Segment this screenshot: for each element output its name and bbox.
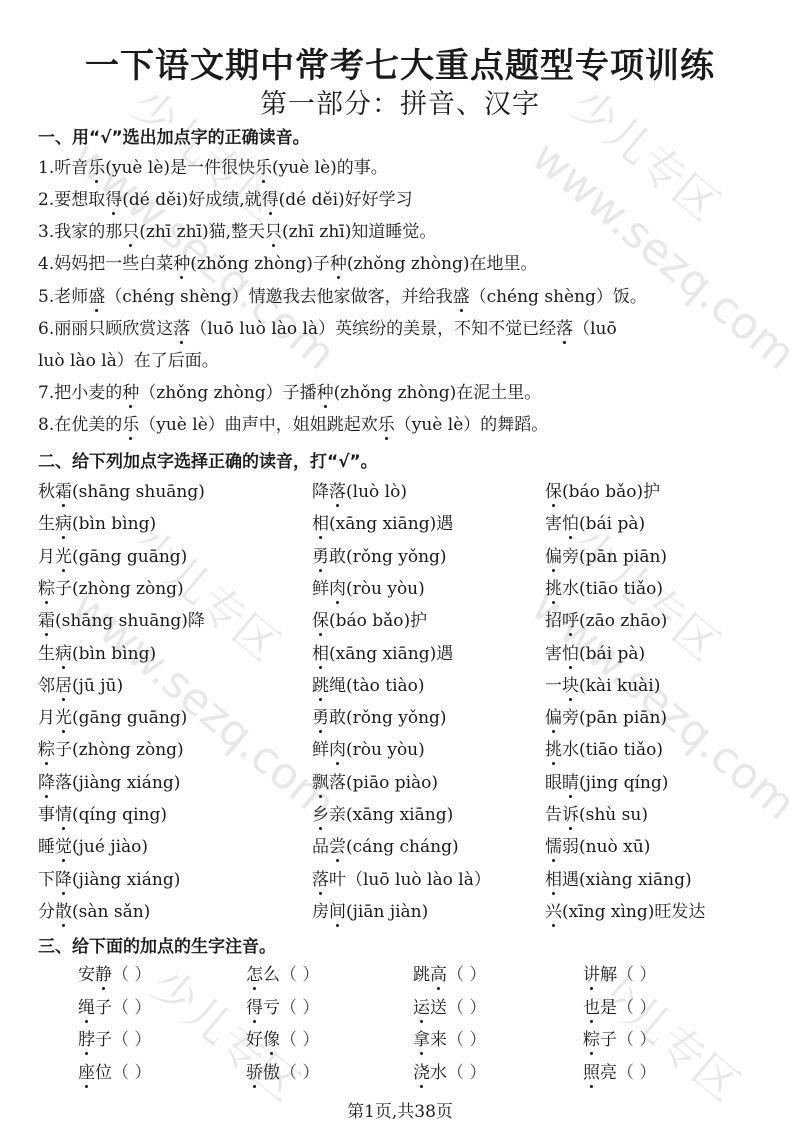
pinyin-options: (zāo zhāo) (579, 611, 667, 631)
character: 生 (38, 514, 55, 534)
character: 亏 (263, 998, 280, 1018)
pinyin-options: （luō (573, 319, 617, 339)
pinyin-answer-blank[interactable]: （ ） (280, 960, 319, 985)
word-pinyin-choice[interactable]: 相(xāng xiāng)遇 (312, 509, 453, 534)
pinyin-options: (jué jiào) (72, 837, 148, 857)
dotted-character: 怎 (246, 960, 263, 985)
word-pinyin-choice[interactable]: 懦弱(nuò xū) (545, 832, 650, 857)
dotted-character: 得 (105, 185, 122, 210)
dotted-character: 脖 (78, 1025, 95, 1050)
pinyin-options: 旁(pān piān) (562, 547, 667, 567)
character: 睡 (38, 837, 55, 857)
dotted-character: 落 (556, 314, 573, 339)
word-pinyin-choice[interactable]: 偏旁(pān piān) (545, 542, 667, 567)
pinyin-options: 水(tiāo tiǎo) (562, 579, 663, 599)
dotted-character: 肉 (329, 574, 346, 599)
question-item: 5.老师盛（chéng shèng）情邀我去他家做客，并给我盛（chéng sh… (38, 282, 647, 307)
pinyin-options: (qíng qing) (72, 805, 167, 825)
dotted-character: 保 (545, 477, 562, 502)
word-pinyin-choice[interactable]: 鲜肉(ròu yòu) (312, 735, 425, 760)
pinyin-options: (dé děi)好好学习 (279, 190, 413, 210)
annotation-item: 粽子（ ） (583, 1025, 656, 1050)
word-pinyin-choice[interactable]: 生病(bìn bìng) (38, 509, 156, 534)
pinyin-options: 落(jiàng xiáng) (55, 773, 180, 793)
dotted-character: 相 (312, 509, 329, 534)
dotted-character: 种 (122, 378, 139, 403)
pinyin-options: (ròu yòu) (346, 579, 425, 599)
dotted-character: 病 (55, 639, 72, 664)
question-item: 7.把小麦的种（zhǒng zhòng）子播种(zhǒng zhòng)在泥土里… (38, 378, 541, 403)
word-pinyin-choice[interactable]: 保(báo bǎo)护 (312, 606, 427, 631)
word-pinyin-choice[interactable]: 眼睛(jing qíng) (545, 768, 668, 793)
pinyin-options: (bìn bìng) (72, 514, 156, 534)
annotation-item: 照亮（ ） (583, 1058, 656, 1083)
pinyin-options: (bìn bìng) (72, 644, 156, 664)
word-pinyin-choice[interactable]: 害怕(bái pà) (545, 639, 645, 664)
dotted-character: 散 (55, 897, 72, 922)
character: 告 (545, 805, 562, 825)
character: 降 (312, 482, 329, 502)
pinyin-options: (shāng shuāng) (72, 482, 205, 502)
dotted-character: 跳 (312, 671, 329, 696)
word-pinyin-choice[interactable]: 挑水(tiāo tiǎo) (545, 735, 663, 760)
pinyin-answer-blank[interactable]: （ ） (617, 1058, 656, 1083)
pinyin-options: (báo bǎo)护 (329, 611, 427, 631)
pinyin-options: 旁(pān piān) (562, 708, 667, 728)
dotted-character: 挑 (545, 574, 562, 599)
character: 招 (545, 611, 562, 631)
annotation-item: 得亏（ ） (246, 993, 319, 1018)
character: 事 (38, 805, 55, 825)
pinyin-options: (zhǒng zhòng)子 (190, 254, 330, 274)
dotted-character: 种 (330, 249, 347, 274)
pinyin-answer-blank[interactable]: （ ） (112, 1025, 151, 1050)
annotation-item: 讲解（ ） (583, 960, 656, 985)
character: 安 (78, 965, 95, 985)
pinyin-answer-blank[interactable]: （ ） (280, 1025, 319, 1050)
pinyin-options: (zhǒng zhòng)在地里。 (347, 254, 538, 274)
dotted-character: 病 (55, 509, 72, 534)
dotted-character: 块 (562, 671, 579, 696)
annotation-item: 跳高（ ） (413, 960, 486, 985)
word-pinyin-choice[interactable]: 降落(jiàng xiáng) (38, 768, 180, 793)
character: 傲 (263, 1063, 280, 1083)
annotation-item: 好像（ ） (246, 1025, 319, 1050)
character: 鲜 (312, 740, 329, 760)
word-pinyin-choice[interactable]: 邻居(jū jū) (38, 671, 123, 696)
word-pinyin-choice[interactable]: 生病(bìn bìng) (38, 639, 156, 664)
pinyin-options: （yuè lè）的舞蹈。 (395, 415, 549, 435)
dotted-character: 盛 (88, 282, 105, 307)
dotted-character: 乐 (122, 410, 139, 435)
pinyin-options: 叶（luō luò lào là） (329, 870, 491, 890)
pinyin-answer-blank[interactable]: （ ） (280, 993, 319, 1018)
character: 送 (430, 998, 447, 1018)
pinyin-options: 遇(xiàng xiāng) (562, 870, 692, 890)
dotted-character: 粽 (583, 1025, 600, 1050)
question-item: 8.在优美的乐（yuè lè）曲声中，姐姐跳起欢乐（yuè lè）的舞蹈。 (38, 410, 548, 435)
character: 子 (95, 998, 112, 1018)
pinyin-options: (dé děi)好成绩,就 (122, 190, 261, 210)
dotted-character: 相 (545, 865, 562, 890)
dotted-character: 只 (122, 217, 139, 242)
pinyin-answer-blank[interactable]: （ ） (112, 1058, 151, 1083)
dotted-character: 种 (317, 378, 334, 403)
section1-heading: 一、用“√”选出加点字的正确读音。 (38, 123, 310, 148)
pinyin-options: 子(zhòng zòng) (55, 740, 184, 760)
character: 好 (246, 1030, 263, 1050)
pinyin-options: 敢(rǒng yǒng) (329, 547, 447, 567)
page-number: 第1页,共38页 (0, 1097, 800, 1122)
section2-heading: 二、给下列加点字选择正确的读音，打“√”。 (38, 447, 378, 472)
pinyin-options: (gāng guāng) (72, 708, 187, 728)
pinyin-options: (báo bǎo)护 (562, 482, 660, 502)
character: 位 (95, 1063, 112, 1083)
pinyin-options: (ròu yòu) (346, 740, 425, 760)
question-text: 5.老师 (38, 287, 88, 307)
word-pinyin-choice[interactable]: 月光(gāng guāng) (38, 703, 187, 728)
word-pinyin-choice[interactable]: 秋霜(shāng shuāng) (38, 477, 205, 502)
dotted-character: 落 (312, 865, 329, 890)
page-subtitle: 第一部分：拼音、汉字 (0, 82, 800, 121)
dotted-character: 情 (55, 800, 72, 825)
pinyin-options: 敢(rǒng yǒng) (329, 708, 447, 728)
character: 房 (312, 902, 329, 922)
pinyin-options: (jū jū) (72, 676, 123, 696)
word-pinyin-choice[interactable]: 霜(shāng shuāng)降 (38, 606, 205, 631)
dotted-character: 诉 (562, 800, 579, 825)
dotted-character: 保 (312, 606, 329, 631)
annotation-item: 浇水（ ） (413, 1058, 486, 1083)
pinyin-options: (yuè lè)的事。 (272, 158, 388, 178)
pinyin-options: (jing qíng) (579, 773, 668, 793)
word-pinyin-choice[interactable]: 告诉(shù su) (545, 800, 648, 825)
annotation-item: 也是（ ） (583, 993, 656, 1018)
dotted-character: 得 (262, 185, 279, 210)
annotation-item: 绳子（ ） (78, 993, 151, 1018)
question-text: 8.在优美的 (38, 415, 122, 435)
dotted-character: 居 (55, 671, 72, 696)
dotted-character: 尝 (329, 832, 346, 857)
character: 生 (38, 644, 55, 664)
annotation-item: 座位（ ） (78, 1058, 151, 1083)
pinyin-options: (zhī zhī)知道睡觉。 (282, 222, 436, 242)
pinyin-answer-blank[interactable]: （ ） (112, 993, 151, 1018)
character: 是 (600, 998, 617, 1018)
pinyin-options: 子(zhòng zòng) (55, 579, 184, 599)
word-pinyin-choice[interactable]: 房间(jiān jiàn) (312, 897, 428, 922)
word-pinyin-choice[interactable]: 勇敢(rǒng yǒng) (312, 542, 447, 567)
question-item: 3.我家的那只(zhī zhī)猫,整天只(zhī zhī)知道睡觉。 (38, 217, 436, 242)
pinyin-options: (shāng shuāng)降 (55, 611, 205, 631)
word-pinyin-choice[interactable]: 兴(xīng xìng)旺发达 (545, 897, 705, 922)
dotted-character: 相 (312, 639, 329, 664)
section3-heading: 三、给下面的加点的生字注音。 (38, 932, 276, 957)
question-item: luò lào là）在了后面。 (38, 346, 219, 371)
pinyin-options: 落(piāo piào) (329, 773, 438, 793)
word-pinyin-choice[interactable]: 分散(sàn sǎn) (38, 897, 150, 922)
word-pinyin-choice[interactable]: 降落(luò lò) (312, 477, 407, 502)
dotted-character: 骄 (246, 1058, 263, 1083)
word-pinyin-choice[interactable]: 挑水(tiāo tiǎo) (545, 574, 663, 599)
dotted-character: 运 (413, 993, 430, 1018)
pinyin-options: 水(tiāo tiǎo) (562, 740, 663, 760)
dotted-character: 肉 (329, 735, 346, 760)
pinyin-options: (bái pà) (579, 514, 645, 534)
question-text: luò lào là）在了后面。 (38, 351, 219, 371)
dotted-character: 觉 (55, 832, 72, 857)
pinyin-options: (yuè lè)是一件很快 (105, 158, 255, 178)
dotted-character: 懦 (545, 832, 562, 857)
dotted-character: 也 (583, 993, 600, 1018)
character: 一 (545, 676, 562, 696)
question-text: 3.我家的那 (38, 222, 122, 242)
character: 品 (312, 837, 329, 857)
word-pinyin-choice[interactable]: 偏旁(pān piān) (545, 703, 667, 728)
word-pinyin-choice[interactable]: 飘落(piāo piào) (312, 768, 438, 793)
dotted-character: 乐 (88, 153, 105, 178)
word-pinyin-choice[interactable]: 一块(kài kuài) (545, 671, 660, 696)
question-text: 1.听音 (38, 158, 88, 178)
dotted-character: 粽 (38, 574, 55, 599)
annotation-item: 运送（ ） (413, 993, 486, 1018)
pinyin-options: (jiàng xiáng) (72, 870, 180, 890)
pinyin-options: (xāng xiāng)遇 (329, 644, 453, 664)
dotted-character: 霜 (55, 477, 72, 502)
dotted-character: 落 (173, 314, 190, 339)
word-pinyin-choice[interactable]: 跳绳(tào tiào) (312, 671, 425, 696)
pinyin-options: 亲(xāng xiāng) (329, 805, 453, 825)
dotted-character: 光 (55, 703, 72, 728)
annotation-item: 脖子（ ） (78, 1025, 151, 1050)
dotted-character: 绳 (78, 993, 95, 1018)
pinyin-answer-blank[interactable]: （ ） (447, 1058, 486, 1083)
word-pinyin-choice[interactable]: 粽子(zhòng zòng) (38, 574, 184, 599)
pinyin-options: (zhǒng zhòng)在泥土里。 (334, 383, 542, 403)
word-pinyin-choice[interactable]: 下降(jiàng xiáng) (38, 865, 180, 890)
dotted-character: 讲 (583, 960, 600, 985)
word-pinyin-choice[interactable]: 保(báo bǎo)护 (545, 477, 660, 502)
word-pinyin-choice[interactable]: 月光(gāng guāng) (38, 542, 187, 567)
character: 害 (545, 644, 562, 664)
question-item: 1.听音乐(yuè lè)是一件很快乐(yuè lè)的事。 (38, 153, 388, 178)
pinyin-options: (shù su) (579, 805, 648, 825)
dotted-character: 座 (78, 1058, 95, 1083)
dotted-character: 偏 (545, 703, 562, 728)
dotted-character: 兴 (545, 897, 562, 922)
word-pinyin-choice[interactable]: 害怕(bái pà) (545, 509, 645, 534)
dotted-character: 只 (265, 217, 282, 242)
character: 跳 (413, 965, 430, 985)
pinyin-answer-blank[interactable]: （ ） (617, 993, 656, 1018)
character: 么 (263, 965, 280, 985)
character: 来 (430, 1030, 447, 1050)
dotted-character: 勇 (312, 542, 329, 567)
pinyin-answer-blank[interactable]: （ ） (617, 960, 656, 985)
pinyin-options: (gāng guāng) (72, 547, 187, 567)
question-text: 4.妈妈把一些白菜 (38, 254, 173, 274)
dotted-character: 得 (246, 993, 263, 1018)
character: 下 (38, 870, 55, 890)
character: 亮 (600, 1063, 617, 1083)
pinyin-options: （luō luò lào là）英缤纷的美景，不知不觉已经 (190, 319, 556, 339)
dotted-character: 怕 (562, 509, 579, 534)
question-text: 7.把小麦的 (38, 383, 122, 403)
dotted-character: 种 (173, 249, 190, 274)
pinyin-answer-blank[interactable]: （ ） (112, 960, 151, 985)
character: 分 (38, 902, 55, 922)
dotted-character: 像 (263, 1025, 280, 1050)
question-item: 2.要想取得(dé děi)好成绩,就得(dé děi)好好学习 (38, 185, 413, 210)
pinyin-answer-blank[interactable]: （ ） (447, 960, 486, 985)
word-pinyin-choice[interactable]: 粽子(zhòng zòng) (38, 735, 184, 760)
question-item: 4.妈妈把一些白菜种(zhǒng zhòng)子种(zhǒng zhòng)在地… (38, 249, 537, 274)
annotation-item: 怎么（ ） (246, 960, 319, 985)
dotted-character: 勇 (312, 703, 329, 728)
pinyin-options: (kài kuài) (579, 676, 660, 696)
pinyin-options: (jiān jiàn) (346, 902, 428, 922)
word-pinyin-choice[interactable]: 乡亲(xāng xiāng) (312, 800, 453, 825)
pinyin-options: （yuè lè）曲声中，姐姐跳起欢 (139, 415, 378, 435)
character: 子 (600, 1030, 617, 1050)
character: 害 (545, 514, 562, 534)
pinyin-answer-blank[interactable]: （ ） (617, 1025, 656, 1050)
pinyin-options: (cáng cháng) (346, 837, 459, 857)
annotation-item: 安静（ ） (78, 960, 151, 985)
pinyin-answer-blank[interactable]: （ ） (447, 1025, 486, 1050)
dotted-character: 睛 (562, 768, 579, 793)
pinyin-options: (xāng xiāng)遇 (329, 514, 453, 534)
dotted-character: 浇 (413, 1058, 430, 1083)
pinyin-options: （chéng shèng）情邀我去他家做客，并给我 (105, 287, 452, 307)
word-pinyin-choice[interactable]: 事情(qíng qing) (38, 800, 167, 825)
character: 秋 (38, 482, 55, 502)
annotation-item: 骄傲（ ） (246, 1058, 319, 1083)
dotted-character: 光 (55, 542, 72, 567)
word-pinyin-choice[interactable]: 勇敢(rǒng yǒng) (312, 703, 447, 728)
character: 水 (430, 1063, 447, 1083)
dotted-character: 盛 (453, 282, 470, 307)
pinyin-options: (sàn sǎn) (72, 902, 150, 922)
word-pinyin-choice[interactable]: 相(xāng xiāng)遇 (312, 639, 453, 664)
word-pinyin-choice[interactable]: 相遇(xiàng xiāng) (545, 865, 692, 890)
character: 鲜 (312, 579, 329, 599)
character: 月 (38, 708, 55, 728)
dotted-character: 挑 (545, 735, 562, 760)
pinyin-options: (xīng xìng)旺发达 (562, 902, 705, 922)
pinyin-options: 绳(tào tiào) (329, 676, 425, 696)
dotted-character: 乐 (255, 153, 272, 178)
dotted-character: 照 (583, 1058, 600, 1083)
pinyin-options: 弱(nuò xū) (562, 837, 650, 857)
question-text: 6.丽丽只顾欣赏这 (38, 319, 173, 339)
dotted-character: 静 (95, 960, 112, 985)
dotted-character: 粽 (38, 735, 55, 760)
dotted-character: 高 (430, 960, 447, 985)
page-title: 一下语文期中常考七大重点题型专项训练 (0, 38, 800, 87)
dotted-character: 降 (38, 768, 55, 793)
annotation-item: 拿来（ ） (413, 1025, 486, 1050)
character: 邻 (38, 676, 55, 696)
pinyin-options: (zhī zhī)猫,整天 (139, 222, 265, 242)
pinyin-options: （chéng shèng）饭。 (470, 287, 647, 307)
word-pinyin-choice[interactable]: 鲜肉(ròu yòu) (312, 574, 425, 599)
dotted-character: 飘 (312, 768, 329, 793)
word-pinyin-choice[interactable]: 睡觉(jué jiào) (38, 832, 148, 857)
dotted-character: 落 (329, 477, 346, 502)
character: 月 (38, 547, 55, 567)
pinyin-options: (luò lò) (346, 482, 407, 502)
question-text: 2.要想取 (38, 190, 105, 210)
character: 解 (600, 965, 617, 985)
pinyin-options: (bái pà) (579, 644, 645, 664)
dotted-character: 怕 (562, 639, 579, 664)
dotted-character: 乐 (378, 410, 395, 435)
pinyin-answer-blank[interactable]: （ ） (280, 1058, 319, 1083)
pinyin-options: （zhǒng zhòng）子播 (139, 383, 316, 403)
pinyin-answer-blank[interactable]: （ ） (447, 993, 486, 1018)
dotted-character: 降 (55, 865, 72, 890)
dotted-character: 呼 (562, 606, 579, 631)
question-item: 6.丽丽只顾欣赏这落（luō luò lào là）英缤纷的美景，不知不觉已经落… (38, 314, 617, 339)
word-pinyin-choice[interactable]: 落叶（luō luò lào là） (312, 865, 491, 890)
character: 眼 (545, 773, 562, 793)
dotted-character: 间 (329, 897, 346, 922)
dotted-character: 霜 (38, 606, 55, 631)
word-pinyin-choice[interactable]: 品尝(cáng cháng) (312, 832, 459, 857)
dotted-character: 乡 (312, 800, 329, 825)
character: 子 (95, 1030, 112, 1050)
dotted-character: 偏 (545, 542, 562, 567)
dotted-character: 拿 (413, 1025, 430, 1050)
word-pinyin-choice[interactable]: 招呼(zāo zhāo) (545, 606, 667, 631)
